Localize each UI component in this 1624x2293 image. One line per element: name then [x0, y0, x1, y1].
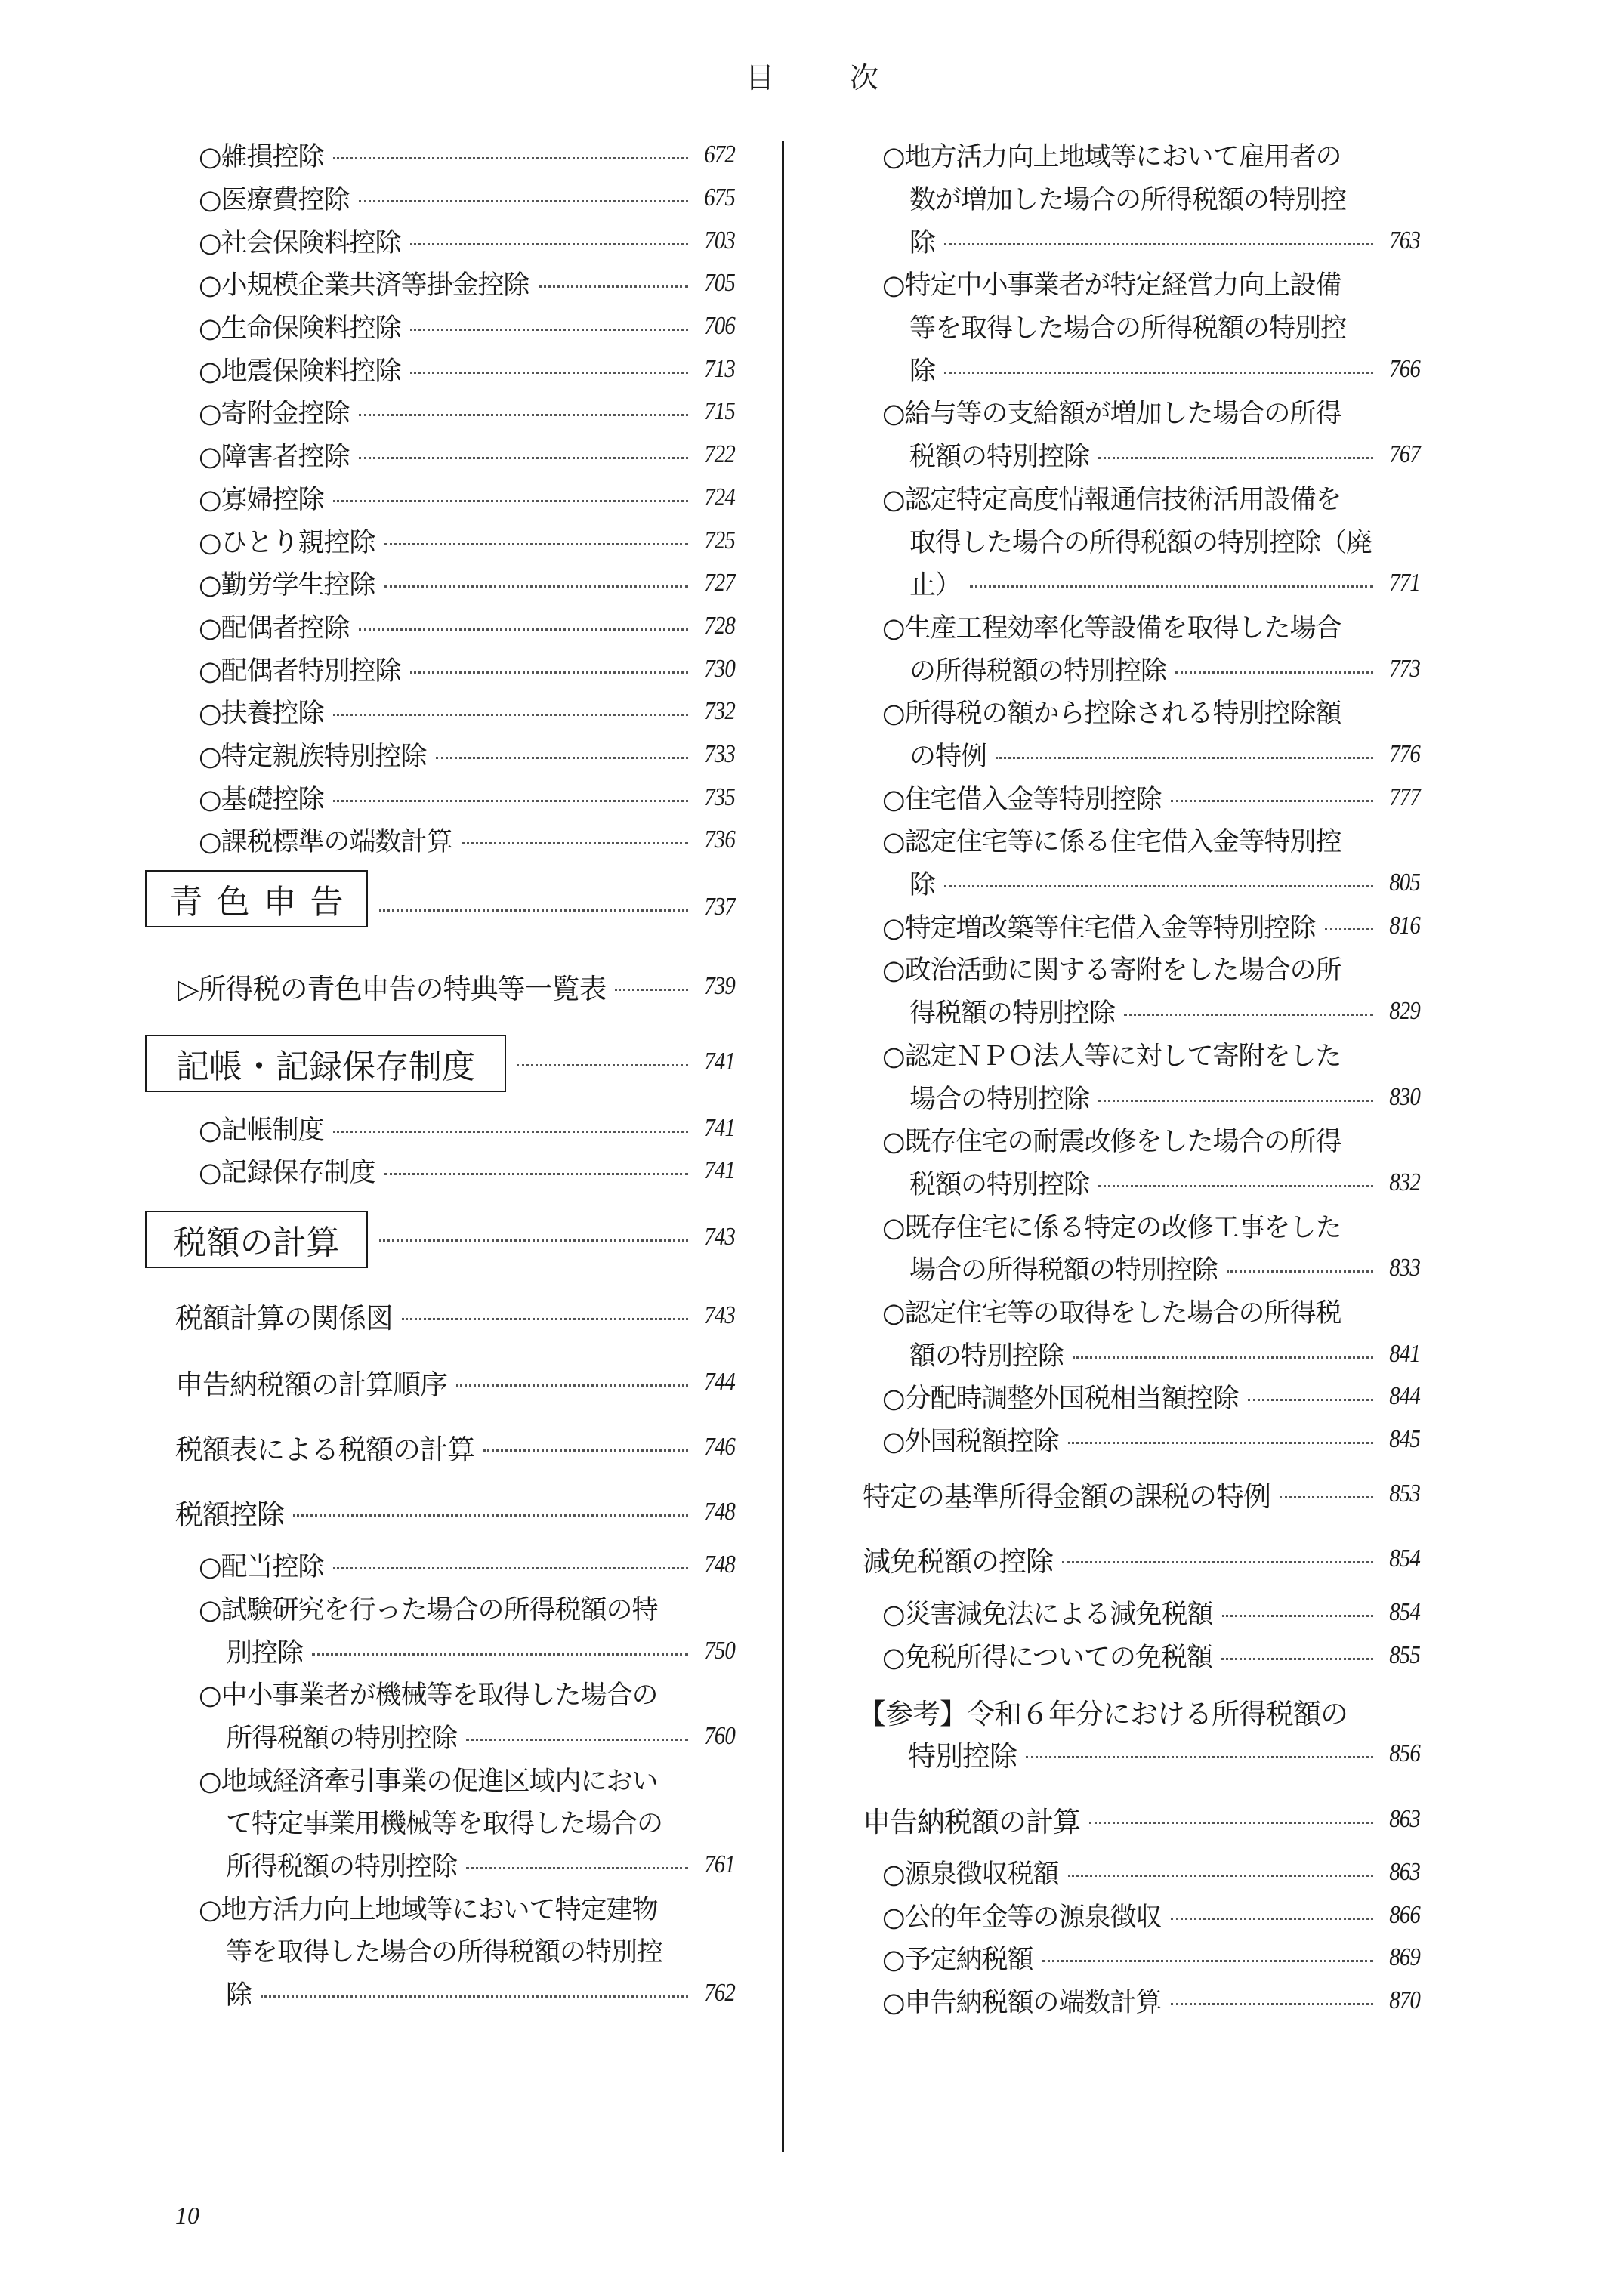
toc-entry-line[interactable]: 除766 [909, 350, 1420, 388]
leader-dots [1068, 1875, 1373, 1877]
leader-dots [1325, 928, 1373, 930]
toc-entry[interactable]: ○特定増改築等住宅借入金等特別控除816 [882, 907, 1420, 945]
entry-title: 特定の基準所得金額の課税の特例 [863, 1474, 1270, 1514]
leader-dots [436, 757, 688, 759]
toc-entry-line[interactable]: 所得税額の特別控除761 [226, 1846, 735, 1884]
page-ref: 833 [1389, 1254, 1420, 1282]
page-ref: 675 [704, 184, 735, 212]
page-ref: 830 [1389, 1083, 1420, 1112]
leader-dots [539, 285, 688, 288]
page-ref: 762 [704, 1979, 735, 2008]
page-ref: 854 [1389, 1545, 1420, 1573]
entry-title: ○既存住宅に係る特定の改修工事をした [882, 1207, 1341, 1245]
page-number: 10 [175, 2202, 199, 2230]
leader-dots [333, 1567, 688, 1569]
entry-title-cont: 所得税額の特別控除 [226, 1717, 457, 1755]
entry-title: ○地方活力向上地域等において特定建物 [199, 1889, 658, 1927]
leader-dots [384, 1173, 688, 1175]
toc-entry-line[interactable]: ○認定特定高度情報通信技術活用設備を [882, 479, 1420, 517]
toc-entry[interactable]: ○課税標準の端数計算736 [199, 821, 735, 859]
toc-entry[interactable]: ○寄附金控除715 [199, 393, 735, 431]
toc-entry-line[interactable]: ○認定住宅等に係る住宅借入金等特別控 [882, 821, 1420, 859]
leader-dots [466, 1867, 688, 1869]
section-box-blue-return[interactable]: 青色申告 [145, 870, 368, 927]
entry-title-cont: 場合の所得税額の特別控除 [909, 1249, 1218, 1287]
toc-entry[interactable]: ○予定納税額869 [882, 1939, 1420, 1977]
entry-title: ○中小事業者が機械等を取得した場合の [199, 1674, 658, 1712]
leader-dots [333, 800, 688, 802]
leader-dots [517, 1064, 688, 1066]
leader-dots [1171, 2003, 1373, 2005]
toc-entry[interactable]: ○申告納税額の端数計算870 [882, 1982, 1420, 2020]
section-box-tax-calculation[interactable]: 税額の計算 [145, 1211, 368, 1268]
toc-entry-line[interactable]: 額の特別控除841 [909, 1335, 1420, 1373]
toc-entry-line[interactable]: 取得した場合の所得税額の特別控除（廃 [909, 522, 1420, 560]
entry-title: ○社会保険料控除 [199, 222, 401, 260]
entry-title: ○地震保険料控除 [199, 350, 401, 388]
leader-dots [944, 243, 1373, 245]
leader-dots [359, 628, 688, 631]
leader-dots [1098, 457, 1373, 459]
page-ref: 854 [1389, 1598, 1420, 1627]
page-ref: 741 [704, 1114, 735, 1143]
entry-title: ○記録保存制度 [199, 1152, 375, 1190]
entry-title-cont: 得税額の特別控除 [909, 992, 1115, 1030]
toc-entry-line[interactable]: 等を取得した場合の所得税額の特別控 [226, 1931, 735, 1969]
entry-title: ○地方活力向上地域等において雇用者の [882, 136, 1341, 174]
entry-title: ○既存住宅の耐震改修をした場合の所得 [882, 1121, 1341, 1159]
page-ref: 737 [704, 893, 735, 921]
page-ref: 760 [704, 1722, 735, 1751]
entry-title: ○分配時調整外国税相当額控除 [882, 1378, 1239, 1415]
leader-dots [359, 200, 688, 202]
entry-title: ○雑損控除 [199, 136, 324, 174]
section-box-bookkeeping[interactable]: 記帳・記録保存制度 [145, 1035, 506, 1092]
page-ref: 735 [704, 783, 735, 812]
entry-title: ○特定親族特別控除 [199, 736, 427, 773]
page-ref: 713 [704, 355, 735, 384]
page-ref: 748 [704, 1551, 735, 1579]
toc-heading[interactable]: 申告納税額の計算順序744 [175, 1363, 735, 1401]
toc-entry-line[interactable]: の所得税額の特別控除773 [909, 650, 1420, 688]
leader-dots [333, 714, 688, 716]
page-ref: 869 [1389, 1943, 1420, 1972]
toc-entry-line[interactable]: 場合の所得税額の特別控除833 [909, 1249, 1420, 1287]
section-title: 記帳・記録保存制度 [176, 1039, 475, 1088]
entry-title: ○政治活動に関する寄附をした場合の所 [882, 949, 1341, 987]
entry-title: ○災害減免法による減免税額 [882, 1594, 1213, 1631]
entry-title-cont: 税額の特別控除 [909, 1164, 1089, 1202]
toc-entry-line[interactable]: 除763 [909, 222, 1420, 260]
entry-title-cont: 数が増加した場合の所得税額の特別控 [909, 179, 1346, 217]
toc-entry-line[interactable]: 等を取得した場合の所得税額の特別控 [909, 307, 1420, 345]
toc-entry[interactable]: ○障害者控除722 [199, 436, 735, 474]
page-ref: 863 [1389, 1805, 1420, 1834]
leader-dots [466, 1739, 688, 1741]
page-ref: 727 [704, 569, 735, 597]
page-ref: 866 [1389, 1901, 1420, 1930]
entry-title: ○ひとり親控除 [199, 522, 375, 560]
leader-dots [384, 543, 688, 545]
page-ref: 672 [704, 140, 735, 169]
leader-dots [1171, 1918, 1373, 1920]
section-title: 青色申告 [156, 875, 357, 923]
section-page-ref-row: 737 [370, 888, 735, 926]
entry-title: ○所得税の額から控除される特別控除額 [882, 693, 1341, 730]
toc-entry[interactable]: ○生命保険料控除706 [199, 307, 735, 345]
entry-title: ○生産工程効率化等設備を取得した場合 [882, 607, 1341, 645]
entry-title-cont: 除 [909, 864, 935, 902]
toc-entry-line[interactable]: 別控除750 [226, 1632, 735, 1670]
entry-title: ○試験研究を行った場合の所得税額の特 [199, 1589, 658, 1627]
leader-dots [1280, 1496, 1373, 1498]
toc-entry[interactable]: ○基礎控除735 [199, 779, 735, 816]
toc-entry[interactable]: ○公的年金等の源泉徴収866 [882, 1896, 1420, 1934]
entry-title-cont: 等を取得した場合の所得税額の特別控 [226, 1931, 662, 1969]
toc-entry-line[interactable]: 特別控除856 [908, 1735, 1420, 1773]
entry-title: ○認定住宅等の取得をした場合の所得税 [882, 1292, 1341, 1330]
entry-title-cont: 等を取得した場合の所得税額の特別控 [909, 307, 1346, 345]
entry-title: ○配偶者特別控除 [199, 650, 401, 688]
toc-heading[interactable]: 減免税額の控除854 [863, 1540, 1420, 1578]
entry-title: ○障害者控除 [199, 436, 350, 474]
entry-title: ○扶養控除 [199, 693, 324, 730]
toc-heading[interactable]: 税額計算の関係図743 [175, 1297, 735, 1335]
toc-entry[interactable]: ○特定親族特別控除733 [199, 736, 735, 773]
toc-heading[interactable]: 申告納税額の計算863 [863, 1801, 1420, 1838]
toc-heading[interactable]: 特定の基準所得金額の課税の特例853 [863, 1475, 1420, 1513]
toc-entry[interactable]: ○記帳制度741 [199, 1109, 735, 1147]
toc-entry[interactable]: ○扶養控除732 [199, 693, 735, 730]
leader-dots [359, 457, 688, 459]
page-ref: 816 [1389, 912, 1420, 940]
entry-title-cont: 止） [909, 564, 961, 602]
leader-dots [462, 842, 688, 844]
page-ref: 744 [704, 1368, 735, 1396]
toc-entry[interactable]: ○小規模企業共済等掛金控除705 [199, 264, 735, 302]
entry-title: ○認定住宅等に係る住宅借入金等特別控 [882, 821, 1341, 859]
toc-entry-line[interactable]: ○認定住宅等の取得をした場合の所得税 [882, 1292, 1420, 1330]
leader-dots [1124, 1014, 1373, 1016]
toc-entry-line[interactable]: ○地方活力向上地域等において特定建物 [199, 1889, 735, 1927]
toc-entry[interactable]: ○雑損控除672 [199, 136, 735, 174]
column-divider [782, 141, 784, 2152]
entry-title: ○勤労学生控除 [199, 564, 375, 602]
leader-dots [410, 243, 688, 245]
toc-heading[interactable]: 税額表による税額の計算746 [175, 1428, 735, 1466]
page-ref: 722 [704, 440, 735, 469]
leader-dots [996, 757, 1373, 759]
page-ref: 771 [1389, 569, 1420, 597]
toc-entry[interactable]: ○源泉徴収税額863 [882, 1853, 1420, 1891]
page-ref: 706 [704, 312, 735, 341]
toc-entry[interactable]: ○記録保存制度741 [199, 1152, 735, 1190]
entry-title-cont: 除 [909, 222, 935, 260]
toc-entry-line[interactable]: ○既存住宅の耐震改修をした場合の所得 [882, 1121, 1420, 1159]
page-ref: 725 [704, 526, 735, 555]
leader-dots [456, 1384, 688, 1387]
entry-title: ○特定増改築等住宅借入金等特別控除 [882, 907, 1316, 945]
page-ref: 733 [704, 740, 735, 769]
toc-entry[interactable]: ○勤労学生控除727 [199, 564, 735, 602]
toc-entry[interactable]: ○住宅借入金等特別控除777 [882, 779, 1420, 816]
leader-dots [333, 1131, 688, 1133]
toc-entry-line[interactable]: 数が増加した場合の所得税額の特別控 [909, 179, 1420, 217]
page-ref: 736 [704, 826, 735, 854]
page-ref: 773 [1389, 655, 1420, 684]
toc-entry-line[interactable]: ○給与等の支給額が増加した場合の所得 [882, 393, 1420, 431]
entry-title: 税額表による税額の計算 [175, 1427, 474, 1467]
leader-dots [1227, 1270, 1373, 1273]
toc-entry-line[interactable]: の特例776 [909, 736, 1420, 773]
toc-entry[interactable]: ○免税所得についての免税額855 [882, 1637, 1420, 1674]
toc-entry[interactable]: ▷所得税の青色申告の特典等一覧表739 [178, 968, 735, 1005]
leader-dots [410, 372, 688, 374]
leader-dots [384, 585, 688, 588]
toc-entry-line[interactable]: 除762 [226, 1974, 735, 2012]
entry-title: ○医療費控除 [199, 179, 350, 217]
toc-heading[interactable]: 税額控除748 [175, 1493, 735, 1531]
entry-title-cont: 特別控除 [908, 1733, 1017, 1774]
page-ref: 844 [1389, 1382, 1420, 1411]
entry-title: 申告納税額の計算 [863, 1799, 1080, 1840]
toc-entry[interactable]: ○配偶者控除728 [199, 607, 735, 645]
toc-entry-line[interactable]: て特定事業用機械等を取得した場合の [226, 1803, 735, 1841]
leader-dots [944, 372, 1373, 374]
toc-entry-line[interactable]: ○特定中小事業者が特定経営力向上設備 [882, 264, 1420, 302]
leader-dots [1221, 1658, 1373, 1660]
leader-dots [333, 500, 688, 502]
leader-dots [359, 414, 688, 416]
page-ref: 761 [704, 1850, 735, 1879]
leader-dots [410, 671, 688, 674]
toc-entry[interactable]: ○社会保険料控除703 [199, 222, 735, 260]
leader-dots [261, 1995, 688, 1998]
page-ref: 741 [704, 1048, 735, 1076]
page-ref: 856 [1389, 1739, 1420, 1768]
entry-title: 税額計算の関係図 [175, 1295, 393, 1336]
leader-dots [410, 329, 688, 331]
leader-dots [1222, 1615, 1373, 1617]
leader-dots [970, 585, 1373, 588]
entry-title: ○寄附金控除 [199, 393, 350, 431]
leader-dots [944, 885, 1373, 887]
page-ref: 855 [1389, 1641, 1420, 1670]
toc-entry-line[interactable]: ○認定ＮＰＯ法人等に対して寄附をした [882, 1035, 1420, 1073]
toc-entry-line[interactable]: 除805 [909, 864, 1420, 902]
entry-title: ○源泉徴収税額 [882, 1853, 1059, 1891]
entry-title: ○予定納税額 [882, 1939, 1033, 1977]
toc-entry-line[interactable]: 得税額の特別控除829 [909, 992, 1420, 1030]
leader-dots [1062, 1561, 1373, 1563]
leader-dots [1248, 1399, 1373, 1401]
entry-title: ○小規模企業共済等掛金控除 [199, 264, 529, 302]
toc-entry-line[interactable]: ○生産工程効率化等設備を取得した場合 [882, 607, 1420, 645]
page-ref: 829 [1389, 997, 1420, 1026]
leader-dots [615, 989, 688, 991]
page-ref: 767 [1389, 440, 1420, 469]
entry-title: ○課税標準の端数計算 [199, 821, 452, 859]
leader-dots [402, 1318, 688, 1320]
toc-entry-line[interactable]: ○所得税の額から控除される特別控除額 [882, 693, 1420, 730]
leader-dots [1042, 1960, 1373, 1962]
leader-dots [312, 1653, 688, 1656]
leader-dots [1098, 1100, 1373, 1102]
toc-entry-line[interactable]: ○中小事業者が機械等を取得した場合の [199, 1674, 735, 1712]
section-page-ref-row: 741 [508, 1043, 735, 1081]
toc-entry-line[interactable]: ○試験研究を行った場合の所得税額の特 [199, 1589, 735, 1627]
entry-title-cont: 別控除 [226, 1632, 303, 1670]
toc-entry[interactable]: ○配偶者特別控除730 [199, 650, 735, 688]
entry-title: 申告納税額の計算順序 [175, 1362, 447, 1403]
entry-title: ○地域経済牽引事業の促進区域内におい [199, 1761, 658, 1798]
page-ref: 703 [704, 227, 735, 255]
page-ref: 766 [1389, 355, 1420, 384]
toc-entry[interactable]: ○地震保険料控除713 [199, 350, 735, 388]
leader-dots [379, 909, 688, 912]
page-ref: 853 [1389, 1480, 1420, 1508]
toc-entry[interactable]: ○分配時調整外国税相当額控除844 [882, 1378, 1420, 1415]
entry-title-cont: 除 [909, 350, 935, 388]
page-ref: 750 [704, 1637, 735, 1665]
toc-entry-line[interactable]: ○地域経済牽引事業の促進区域内におい [199, 1761, 735, 1798]
page-ref: 845 [1389, 1425, 1420, 1454]
page-ref: 776 [1389, 740, 1420, 769]
page-ref: 705 [704, 269, 735, 298]
page-ref: 863 [1389, 1858, 1420, 1887]
page-ref: 746 [704, 1433, 735, 1461]
page-ref: 841 [1389, 1340, 1420, 1369]
leader-dots [1175, 671, 1373, 674]
leader-dots [1089, 1822, 1373, 1824]
section-page-ref-row: 743 [370, 1218, 735, 1256]
page-ref: 724 [704, 483, 735, 512]
entry-title: ○記帳制度 [199, 1109, 324, 1147]
page-ref: 743 [704, 1223, 735, 1251]
toc-entry-line[interactable]: 税額の特別控除832 [909, 1164, 1420, 1202]
toc-entry[interactable]: ○災害減免法による減免税額854 [882, 1594, 1420, 1631]
page-ref: 739 [704, 972, 735, 1001]
toc-entry[interactable]: ○医療費控除675 [199, 179, 735, 217]
leader-dots [1171, 800, 1373, 802]
toc-entry[interactable]: ○寡婦控除724 [199, 479, 735, 517]
entry-title-cont: 除 [226, 1974, 252, 2012]
toc-entry-line[interactable]: 所得税額の特別控除760 [226, 1717, 735, 1755]
page-ref: 832 [1389, 1168, 1420, 1197]
toc-entry[interactable]: ○外国税額控除845 [882, 1421, 1420, 1458]
page-ref: 715 [704, 397, 735, 426]
entry-title: ○免税所得についての免税額 [882, 1637, 1212, 1674]
entry-title: 減免税額の控除 [863, 1538, 1053, 1579]
entry-title: ○特定中小事業者が特定経営力向上設備 [882, 264, 1341, 302]
toc-entry-line[interactable]: 税額の特別控除767 [909, 436, 1420, 474]
page-ref: 870 [1389, 1986, 1420, 2015]
leader-dots [1068, 1442, 1373, 1444]
section-title: 税額の計算 [174, 1215, 340, 1264]
entry-title-cont: て特定事業用機械等を取得した場合の [226, 1803, 662, 1841]
page-ref: 741 [704, 1156, 735, 1185]
entry-title-cont: の特例 [909, 736, 986, 773]
leader-dots [333, 157, 688, 159]
entry-title-cont: の所得税額の特別控除 [909, 650, 1166, 688]
entry-title: ○配当控除 [199, 1546, 324, 1584]
page-ref: 732 [704, 697, 735, 726]
toc-entry-line[interactable]: ○政治活動に関する寄附をした場合の所 [882, 949, 1420, 987]
leader-dots [1098, 1185, 1373, 1187]
entry-title: ○基礎控除 [199, 779, 324, 816]
page-ref: 763 [1389, 227, 1420, 255]
entry-title-cont: 場合の特別控除 [909, 1079, 1089, 1116]
toc-entry[interactable]: ○ひとり親控除725 [199, 522, 735, 560]
toc-entry-line[interactable]: 止）771 [909, 564, 1420, 602]
entry-title: ○給与等の支給額が増加した場合の所得 [882, 393, 1341, 431]
entry-title: 【参考】令和６年分における所得税額の [858, 1691, 1348, 1732]
toc-entry-line[interactable]: 場合の特別控除830 [909, 1079, 1420, 1116]
leader-dots [293, 1514, 688, 1517]
page-ref: 748 [704, 1498, 735, 1526]
leader-dots [1073, 1356, 1373, 1359]
entry-title: ○認定ＮＰＯ法人等に対して寄附をした [882, 1035, 1341, 1073]
page-ref: 777 [1389, 783, 1420, 812]
toc-entry-line[interactable]: 【参考】令和６年分における所得税額の [858, 1693, 1420, 1730]
leader-dots [379, 1239, 688, 1242]
entry-title: ○配偶者控除 [199, 607, 350, 645]
entry-title-cont: 所得税額の特別控除 [226, 1846, 457, 1884]
entry-title: ○寡婦控除 [199, 479, 324, 517]
leader-dots [483, 1449, 688, 1452]
page-title: 目次 [0, 54, 1624, 96]
entry-title: ○申告納税額の端数計算 [882, 1982, 1162, 2020]
leader-dots [1026, 1756, 1373, 1758]
page-ref: 743 [704, 1301, 735, 1330]
page-ref: 730 [704, 655, 735, 684]
toc-entry-line[interactable]: ○地方活力向上地域等において雇用者の [882, 136, 1420, 174]
entry-title: ▷所得税の青色申告の特典等一覧表 [178, 966, 606, 1007]
entry-title-cont: 税額の特別控除 [909, 436, 1089, 474]
toc-entry-line[interactable]: ○既存住宅に係る特定の改修工事をした [882, 1207, 1420, 1245]
entry-title: ○公的年金等の源泉徴収 [882, 1896, 1162, 1934]
page-ref: 805 [1389, 869, 1420, 897]
entry-title: ○認定特定高度情報通信技術活用設備を [882, 479, 1341, 517]
entry-title-cont: 額の特別控除 [909, 1335, 1064, 1373]
entry-title: 税額控除 [175, 1492, 284, 1532]
toc-entry[interactable]: ○配当控除748 [199, 1546, 735, 1584]
page-ref: 728 [704, 612, 735, 640]
entry-title: ○生命保険料控除 [199, 307, 401, 345]
entry-title: ○住宅借入金等特別控除 [882, 779, 1162, 816]
entry-title-cont: 取得した場合の所得税額の特別控除（廃 [909, 522, 1372, 560]
entry-title: ○外国税額控除 [882, 1421, 1059, 1458]
